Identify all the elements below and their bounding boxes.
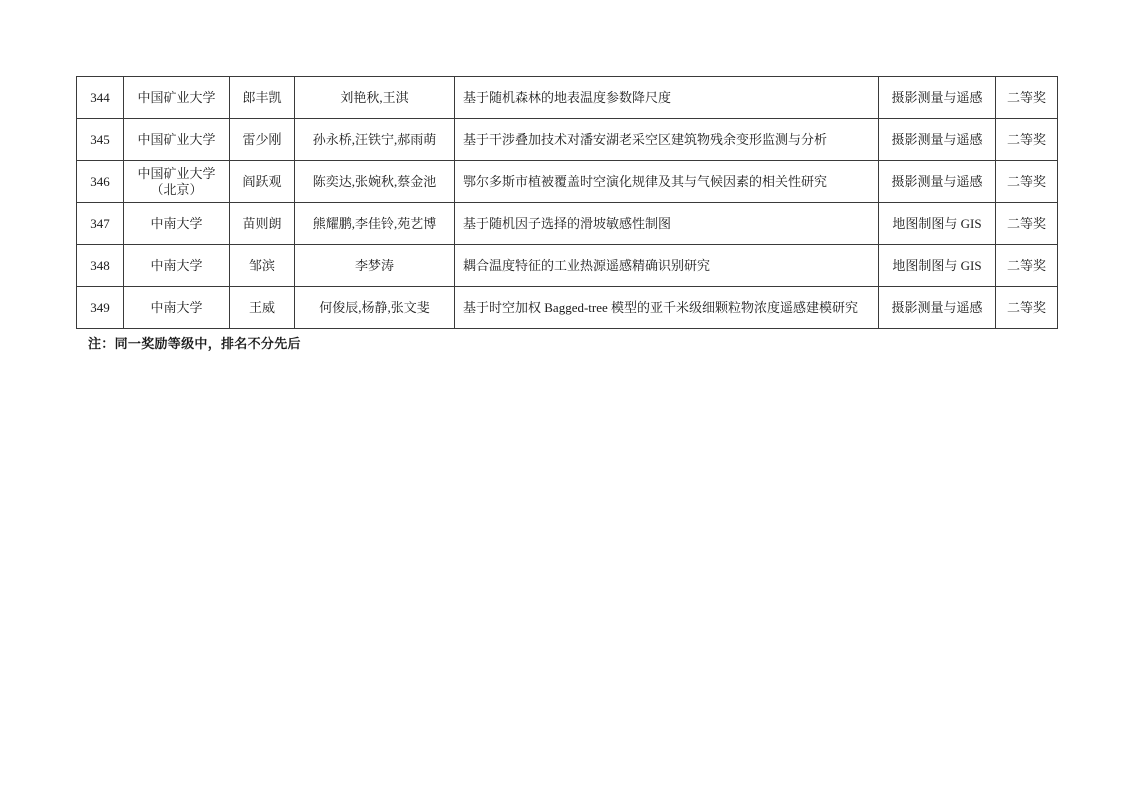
table-row: 344 中国矿业大学 郎丰凯 刘艳秋,王淇 基于随机森林的地表温度参数降尺度 摄… <box>77 77 1058 119</box>
category-cell: 摄影测量与遥感 <box>879 161 996 203</box>
table-row: 346 中国矿业大学 （北京） 阎跃观 陈奕达,张婉秋,蔡金池 鄂尔多斯市植被覆… <box>77 161 1058 203</box>
award-cell: 二等奖 <box>996 77 1058 119</box>
advisor-cell: 阎跃观 <box>230 161 295 203</box>
award-cell: 二等奖 <box>996 161 1058 203</box>
school-cell: 中国矿业大学 （北京） <box>124 161 230 203</box>
school-line-2: （北京） <box>130 182 223 198</box>
row-number: 346 <box>77 161 124 203</box>
row-number: 345 <box>77 119 124 161</box>
project-title-cell: 基于干涉叠加技术对潘安湖老采空区建筑物残余变形监测与分析 <box>455 119 879 161</box>
members-cell: 孙永桥,汪铁宁,郝雨萌 <box>295 119 455 161</box>
members-cell: 熊耀鹏,李佳铃,苑艺博 <box>295 203 455 245</box>
advisor-cell: 邹滨 <box>230 245 295 287</box>
category-cell: 摄影测量与遥感 <box>879 287 996 329</box>
project-title-cell: 鄂尔多斯市植被覆盖时空演化规律及其与气候因素的相关性研究 <box>455 161 879 203</box>
category-cell: 摄影测量与遥感 <box>879 77 996 119</box>
row-number: 348 <box>77 245 124 287</box>
members-cell: 何俊辰,杨静,张文斐 <box>295 287 455 329</box>
award-cell: 二等奖 <box>996 287 1058 329</box>
table-row: 348 中南大学 邹滨 李梦涛 耦合温度特征的工业热源遥感精确识别研究 地图制图… <box>77 245 1058 287</box>
category-cell: 地图制图与 GIS <box>879 245 996 287</box>
members-cell: 李梦涛 <box>295 245 455 287</box>
advisor-cell: 王威 <box>230 287 295 329</box>
advisor-cell: 苗则朗 <box>230 203 295 245</box>
table-row: 345 中国矿业大学 雷少刚 孙永桥,汪铁宁,郝雨萌 基于干涉叠加技术对潘安湖老… <box>77 119 1058 161</box>
award-cell: 二等奖 <box>996 119 1058 161</box>
award-cell: 二等奖 <box>996 203 1058 245</box>
category-cell: 摄影测量与遥感 <box>879 119 996 161</box>
award-table: 344 中国矿业大学 郎丰凯 刘艳秋,王淇 基于随机森林的地表温度参数降尺度 摄… <box>76 76 1058 329</box>
project-title-cell: 基于时空加权 Bagged-tree 模型的亚千米级细颗粒物浓度遥感建模研究 <box>455 287 879 329</box>
advisor-cell: 郎丰凯 <box>230 77 295 119</box>
row-number: 347 <box>77 203 124 245</box>
school-cell: 中南大学 <box>124 203 230 245</box>
table-row: 349 中南大学 王威 何俊辰,杨静,张文斐 基于时空加权 Bagged-tre… <box>77 287 1058 329</box>
school-cell: 中国矿业大学 <box>124 77 230 119</box>
members-cell: 刘艳秋,王淇 <box>295 77 455 119</box>
project-title-cell: 基于随机因子选择的滑坡敏感性制图 <box>455 203 879 245</box>
advisor-cell: 雷少刚 <box>230 119 295 161</box>
school-line-1: 中国矿业大学 <box>130 166 223 182</box>
footnote: 注：同一奖励等级中，排名不分先后 <box>88 333 301 352</box>
school-cell: 中南大学 <box>124 245 230 287</box>
project-title-cell: 耦合温度特征的工业热源遥感精确识别研究 <box>455 245 879 287</box>
school-cell: 中国矿业大学 <box>124 119 230 161</box>
project-title-cell: 基于随机森林的地表温度参数降尺度 <box>455 77 879 119</box>
members-cell: 陈奕达,张婉秋,蔡金池 <box>295 161 455 203</box>
category-cell: 地图制图与 GIS <box>879 203 996 245</box>
row-number: 344 <box>77 77 124 119</box>
award-cell: 二等奖 <box>996 245 1058 287</box>
table-row: 347 中南大学 苗则朗 熊耀鹏,李佳铃,苑艺博 基于随机因子选择的滑坡敏感性制… <box>77 203 1058 245</box>
school-cell: 中南大学 <box>124 287 230 329</box>
row-number: 349 <box>77 287 124 329</box>
